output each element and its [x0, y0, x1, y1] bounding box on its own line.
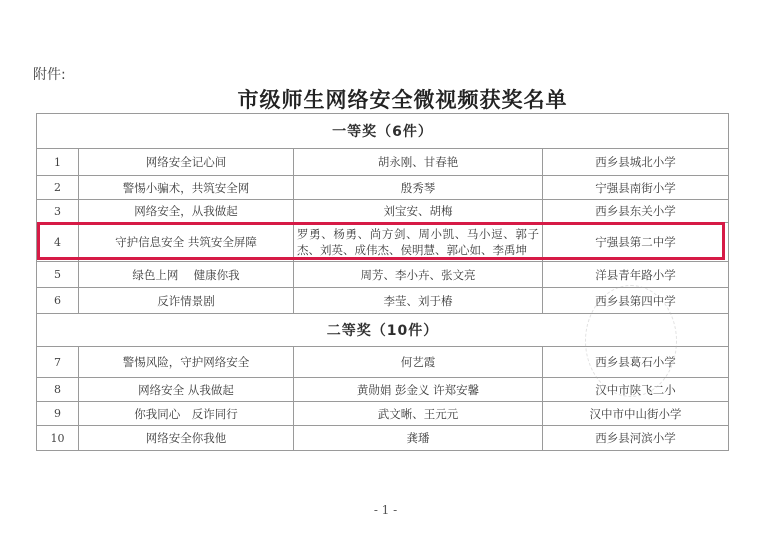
table-row: 5 绿色上网 健康你我 周芳、李小卉、张文亮 洋县青年路小学	[37, 262, 729, 288]
attachment-label: 附件:	[33, 64, 66, 84]
page-number: - 1 -	[0, 503, 771, 517]
row-number: 1	[37, 149, 79, 176]
school: 汉中市中山街小学	[543, 402, 729, 426]
work-title: 网络安全 从我做起	[79, 378, 294, 402]
table-row: 10 网络安全你我他 龚璠 西乡县河滨小学	[37, 426, 729, 451]
document-title: 市级师生网络安全微视频获奖名单	[0, 84, 771, 114]
school: 宁强县第二中学	[543, 223, 729, 262]
work-title: 网络安全你我他	[79, 426, 294, 451]
section-heading: 一等奖（6件）	[37, 114, 729, 149]
authors: 李莹、刘于椿	[294, 288, 543, 314]
section-header-second-prize: 二等奖（10件）	[37, 314, 729, 347]
row-number: 2	[37, 176, 79, 200]
table-row: 6 反诈情景剧 李莹、刘于椿 西乡县第四中学	[37, 288, 729, 314]
row-number: 5	[37, 262, 79, 288]
work-title: 网络安全记心间	[79, 149, 294, 176]
table-row: 8 网络安全 从我做起 黄勋娟 彭金义 许郑安馨 汉中市陕飞二小	[37, 378, 729, 402]
work-title: 绿色上网 健康你我	[79, 262, 294, 288]
work-title: 反诈情景剧	[79, 288, 294, 314]
school: 西乡县东关小学	[543, 200, 729, 223]
work-title: 网络安全，从我做起	[79, 200, 294, 223]
table-row-highlighted: 4 守护信息安全 共筑安全屏障 罗勇、杨勇、尚方剑、周小凯、马小逗、郭子杰、刘英…	[37, 223, 729, 262]
authors: 何艺霞	[294, 347, 543, 378]
school: 洋县青年路小学	[543, 262, 729, 288]
school: 西乡县第四中学	[543, 288, 729, 314]
authors: 周芳、李小卉、张文亮	[294, 262, 543, 288]
work-title: 守护信息安全 共筑安全屏障	[79, 223, 294, 262]
row-number: 6	[37, 288, 79, 314]
authors: 殷秀琴	[294, 176, 543, 200]
school: 西乡县河滨小学	[543, 426, 729, 451]
authors: 龚璠	[294, 426, 543, 451]
school: 宁强县南街小学	[543, 176, 729, 200]
table-row: 1 网络安全记心间 胡永刚、甘春艳 西乡县城北小学	[37, 149, 729, 176]
work-title: 你我同心 反诈同行	[79, 402, 294, 426]
row-number: 9	[37, 402, 79, 426]
school: 汉中市陕飞二小	[543, 378, 729, 402]
section-heading: 二等奖（10件）	[37, 314, 729, 347]
row-number: 8	[37, 378, 79, 402]
authors: 罗勇、杨勇、尚方剑、周小凯、马小逗、郭子杰、刘英、成伟杰、侯明慧、郭心如、李禹坤	[294, 223, 543, 262]
row-number: 4	[37, 223, 79, 262]
work-title: 警惕风险，守护网络安全	[79, 347, 294, 378]
school: 西乡县葛石小学	[543, 347, 729, 378]
authors: 胡永刚、甘春艳	[294, 149, 543, 176]
row-number: 10	[37, 426, 79, 451]
work-title: 警惕小骗术，共筑安全网	[79, 176, 294, 200]
row-number: 7	[37, 347, 79, 378]
award-table: 一等奖（6件） 1 网络安全记心间 胡永刚、甘春艳 西乡县城北小学 2 警惕小骗…	[36, 113, 729, 451]
table-row: 9 你我同心 反诈同行 武文晰、王元元 汉中市中山街小学	[37, 402, 729, 426]
authors: 武文晰、王元元	[294, 402, 543, 426]
row-number: 3	[37, 200, 79, 223]
table-row: 2 警惕小骗术，共筑安全网 殷秀琴 宁强县南街小学	[37, 176, 729, 200]
table-row: 7 警惕风险，守护网络安全 何艺霞 西乡县葛石小学	[37, 347, 729, 378]
authors: 黄勋娟 彭金义 许郑安馨	[294, 378, 543, 402]
authors: 刘宝安、胡梅	[294, 200, 543, 223]
section-header-first-prize: 一等奖（6件）	[37, 114, 729, 149]
school: 西乡县城北小学	[543, 149, 729, 176]
table-row: 3 网络安全，从我做起 刘宝安、胡梅 西乡县东关小学	[37, 200, 729, 223]
